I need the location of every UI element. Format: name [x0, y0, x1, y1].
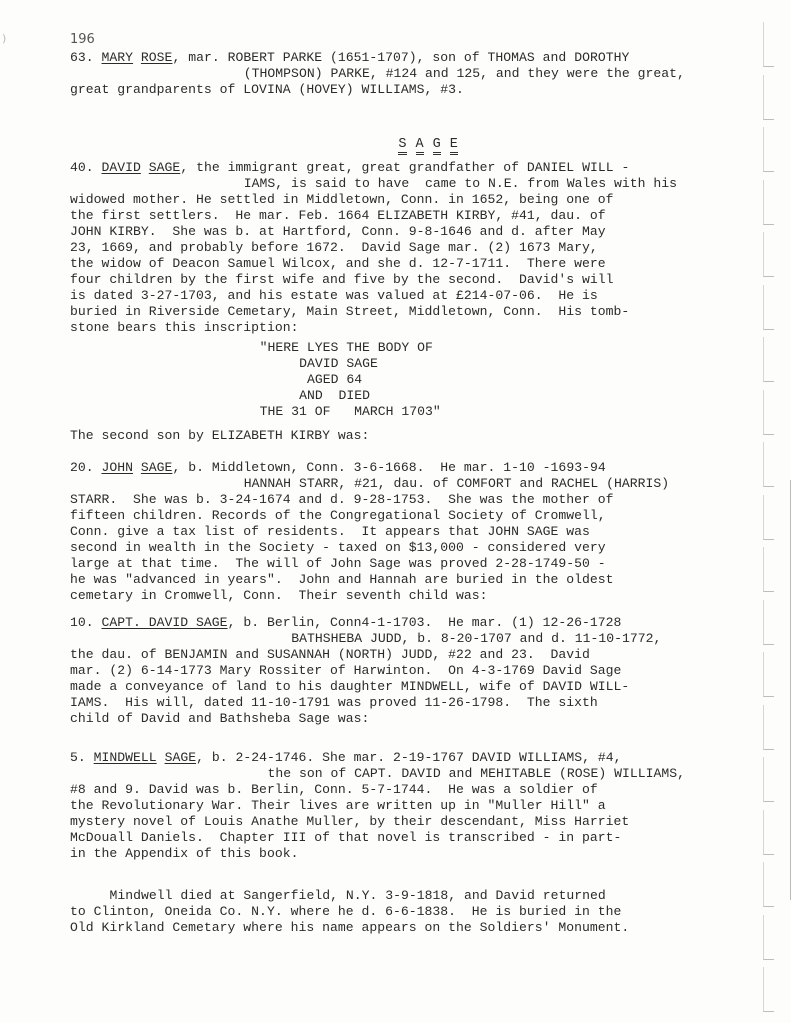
- text-run: buried in Riverside Cemetary, Main Stree…: [70, 304, 629, 319]
- text-line: large at that time. The will of John Sag…: [70, 556, 606, 572]
- text-run: [141, 160, 149, 175]
- heading-letter: S: [398, 138, 406, 155]
- text-run: the widow of Deacon Samuel Wilcox, and s…: [70, 256, 606, 271]
- index-tab-marks: [751, 0, 791, 1023]
- tab-mark: [763, 285, 774, 330]
- text-run: Mindwell died at Sangerfield, N.Y. 3-9-1…: [110, 888, 606, 903]
- text-line: DAVID SAGE: [299, 356, 378, 372]
- text-run: , b. Berlin, Conn4-1-1703. He mar. (1) 1…: [228, 615, 622, 630]
- text-line: great grandparents of LOVINA (HOVEY) WIL…: [70, 82, 464, 98]
- tab-mark: [763, 810, 774, 855]
- margin-mark: ): [2, 32, 6, 45]
- text-run: fifteen children. Records of the Congreg…: [70, 508, 606, 523]
- text-run: to Clinton, Oneida Co. N.Y. where he d. …: [70, 904, 621, 919]
- text-line: 10. CAPT. DAVID SAGE, b. Berlin, Conn4-1…: [70, 615, 621, 631]
- tab-mark: [763, 22, 774, 67]
- text-line: The second son by ELIZABETH KIRBY was:: [70, 428, 369, 444]
- underlined-name: MINDWELL: [94, 750, 157, 765]
- text-run: the Revolutionary War. Their lives are w…: [70, 798, 606, 813]
- underlined-name: SAGE: [149, 160, 181, 175]
- text-line: stone bears this inscription:: [70, 320, 298, 336]
- text-line: fifteen children. Records of the Congreg…: [70, 508, 606, 524]
- text-run: AGED 64: [299, 372, 362, 387]
- underlined-name: CAPT. DAVID SAGE: [102, 615, 228, 630]
- text-line: buried in Riverside Cemetary, Main Stree…: [70, 304, 629, 320]
- text-run: the first settlers. He mar. Feb. 1664 EL…: [70, 208, 606, 223]
- text-line: IAMS. His will, dated 11-10-1791 was pro…: [70, 695, 598, 711]
- text-line: the son of CAPT. DAVID and MEHITABLE (RO…: [268, 766, 686, 782]
- text-line: the Revolutionary War. Their lives are w…: [70, 798, 606, 814]
- tab-mark: [763, 180, 774, 225]
- text-line: four children by the first wife and five…: [70, 272, 614, 288]
- text-line: #8 and 9. David was b. Berlin, Conn. 5-7…: [70, 782, 598, 798]
- text-run: #8 and 9. David was b. Berlin, Conn. 5-7…: [70, 782, 598, 797]
- text-run: , b. 2-24-1746. She mar. 2-19-1767 DAVID…: [196, 750, 621, 765]
- text-run: mar. (2) 6-14-1773 Mary Rossiter of Harw…: [70, 663, 621, 678]
- tab-mark: [763, 967, 774, 1012]
- text-run: made a conveyance of land to his daughte…: [70, 679, 629, 694]
- text-line: JOHN KIRBY. She was b. at Hartford, Conn…: [70, 224, 606, 240]
- tab-mark: [763, 127, 774, 172]
- text-line: "HERE LYES THE BODY OF: [260, 340, 433, 356]
- text-line: child of David and Bathsheba Sage was:: [70, 711, 369, 727]
- text-run: he was "advanced in years". John and Han…: [70, 572, 614, 587]
- text-run: THE 31 OF MARCH 1703": [260, 404, 441, 419]
- text-run: McDouall Daniels. Chapter III of that no…: [70, 830, 621, 845]
- heading-letter: E: [450, 138, 458, 155]
- text-line: 40. DAVID SAGE, the immigrant great, gre…: [70, 160, 629, 176]
- tab-mark: [763, 862, 774, 907]
- tab-mark: [763, 600, 774, 645]
- text-run: , the immigrant great, great grandfather…: [180, 160, 629, 175]
- text-run: [157, 750, 165, 765]
- text-run: Conn. give a tax list of residents. It a…: [70, 524, 590, 539]
- text-line: cemetary in Cromwell, Conn. Their sevent…: [70, 588, 488, 604]
- tab-mark: [763, 495, 774, 540]
- text-line: 5. MINDWELL SAGE, b. 2-24-1746. She mar.…: [70, 750, 621, 766]
- heading-letter: A: [416, 138, 424, 155]
- tab-mark: [763, 337, 774, 382]
- text-line: HANNAH STARR, #21, dau. of COMFORT and R…: [244, 476, 669, 492]
- text-line: the widow of Deacon Samuel Wilcox, and s…: [70, 256, 606, 272]
- underlined-name: MARY: [102, 50, 134, 65]
- text-run: second in wealth in the Society - taxed …: [70, 540, 606, 555]
- text-run: the dau. of BENJAMIN and SUSANNAH (NORTH…: [70, 647, 590, 662]
- text-run: JOHN KIRBY. She was b. at Hartford, Conn…: [70, 224, 606, 239]
- text-run: is dated 3-27-1703, and his estate was v…: [70, 288, 598, 303]
- text-line: STARR. She was b. 3-24-1674 and d. 9-28-…: [70, 492, 614, 508]
- text-run: (THOMPSON) PARKE, #124 and 125, and they…: [244, 66, 685, 81]
- text-line: mar. (2) 6-14-1773 Mary Rossiter of Harw…: [70, 663, 621, 679]
- text-line: (THOMPSON) PARKE, #124 and 125, and they…: [244, 66, 685, 82]
- text-run: IAMS. His will, dated 11-10-1791 was pro…: [70, 695, 598, 710]
- text-line: he was "advanced in years". John and Han…: [70, 572, 614, 588]
- heading-letter: G: [433, 138, 441, 155]
- text-line: Mindwell died at Sangerfield, N.Y. 3-9-1…: [110, 888, 606, 904]
- underlined-name: SAGE: [165, 750, 197, 765]
- tab-mark: [763, 232, 774, 277]
- text-run: 63.: [70, 50, 102, 65]
- text-run: mystery novel of Louis Anathe Muller, by…: [70, 814, 629, 829]
- underlined-name: SAGE: [141, 460, 173, 475]
- text-run: HANNAH STARR, #21, dau. of COMFORT and R…: [244, 476, 669, 491]
- text-line: BATHSHEBA JUDD, b. 8-20-1707 and d. 11-1…: [291, 631, 661, 647]
- text-run: Old Kirkland Cemetary where his name app…: [70, 920, 629, 935]
- text-run: the son of CAPT. DAVID and MEHITABLE (RO…: [268, 766, 686, 781]
- text-run: DAVID SAGE: [299, 356, 378, 371]
- text-run: 10.: [70, 615, 102, 630]
- page-number: 196: [70, 32, 95, 47]
- text-run: [133, 460, 141, 475]
- text-line: the dau. of BENJAMIN and SUSANNAH (NORTH…: [70, 647, 590, 663]
- text-run: 23, 1669, and probably before 1672. Davi…: [70, 240, 598, 255]
- text-run: 5.: [70, 750, 94, 765]
- text-run: widowed mother. He settled in Middletown…: [70, 192, 614, 207]
- text-line: widowed mother. He settled in Middletown…: [70, 192, 614, 208]
- underlined-name: ROSE: [141, 50, 173, 65]
- tab-mark: [763, 442, 774, 487]
- tab-mark: [763, 390, 774, 435]
- text-run: IAMS, is said to have came to N.E. from …: [244, 176, 677, 191]
- underlined-name: DAVID: [102, 160, 141, 175]
- text-line: 63. MARY ROSE, mar. ROBERT PARKE (1651-1…: [70, 50, 629, 66]
- text-run: [133, 50, 141, 65]
- text-line: to Clinton, Oneida Co. N.Y. where he d. …: [70, 904, 621, 920]
- text-run: stone bears this inscription:: [70, 320, 298, 335]
- text-run: great grandparents of LOVINA (HOVEY) WIL…: [70, 82, 464, 97]
- text-line: made a conveyance of land to his daughte…: [70, 679, 629, 695]
- tab-mark: [763, 547, 774, 592]
- text-line: the first settlers. He mar. Feb. 1664 EL…: [70, 208, 606, 224]
- tab-mark: [763, 705, 774, 750]
- underlined-name: JOHN: [102, 460, 134, 475]
- tab-mark: [763, 757, 774, 802]
- document-page: ) 196 SAGE 63. MARY ROSE, mar. ROBERT PA…: [0, 0, 791, 1023]
- tab-mark: [763, 915, 774, 960]
- text-run: , b. Middletown, Conn. 3-6-1668. He mar.…: [172, 460, 605, 475]
- text-run: large at that time. The will of John Sag…: [70, 556, 606, 571]
- text-line: mystery novel of Louis Anathe Muller, by…: [70, 814, 629, 830]
- text-line: IAMS, is said to have came to N.E. from …: [244, 176, 677, 192]
- text-line: THE 31 OF MARCH 1703": [260, 404, 441, 420]
- tab-mark: [763, 652, 774, 697]
- text-run: four children by the first wife and five…: [70, 272, 614, 287]
- text-run: , mar. ROBERT PARKE (1651-1707), son of …: [172, 50, 629, 65]
- text-line: second in wealth in the Society - taxed …: [70, 540, 606, 556]
- text-run: "HERE LYES THE BODY OF: [260, 340, 433, 355]
- text-run: cemetary in Cromwell, Conn. Their sevent…: [70, 588, 488, 603]
- text-run: 40.: [70, 160, 102, 175]
- text-line: is dated 3-27-1703, and his estate was v…: [70, 288, 598, 304]
- text-run: AND DIED: [299, 388, 370, 403]
- text-line: McDouall Daniels. Chapter III of that no…: [70, 830, 621, 846]
- tab-mark: [763, 75, 774, 120]
- text-run: The second son by ELIZABETH KIRBY was:: [70, 428, 369, 443]
- text-line: Old Kirkland Cemetary where his name app…: [70, 920, 629, 936]
- text-line: in the Appendix of this book.: [70, 846, 298, 862]
- text-run: 20.: [70, 460, 102, 475]
- text-line: AND DIED: [299, 388, 370, 404]
- text-line: 20. JOHN SAGE, b. Middletown, Conn. 3-6-…: [70, 460, 606, 476]
- text-run: STARR. She was b. 3-24-1674 and d. 9-28-…: [70, 492, 614, 507]
- text-run: child of David and Bathsheba Sage was:: [70, 711, 369, 726]
- text-run: in the Appendix of this book.: [70, 846, 298, 861]
- text-line: 23, 1669, and probably before 1672. Davi…: [70, 240, 598, 256]
- text-run: BATHSHEBA JUDD, b. 8-20-1707 and d. 11-1…: [291, 631, 661, 646]
- text-line: Conn. give a tax list of residents. It a…: [70, 524, 590, 540]
- text-line: AGED 64: [299, 372, 362, 388]
